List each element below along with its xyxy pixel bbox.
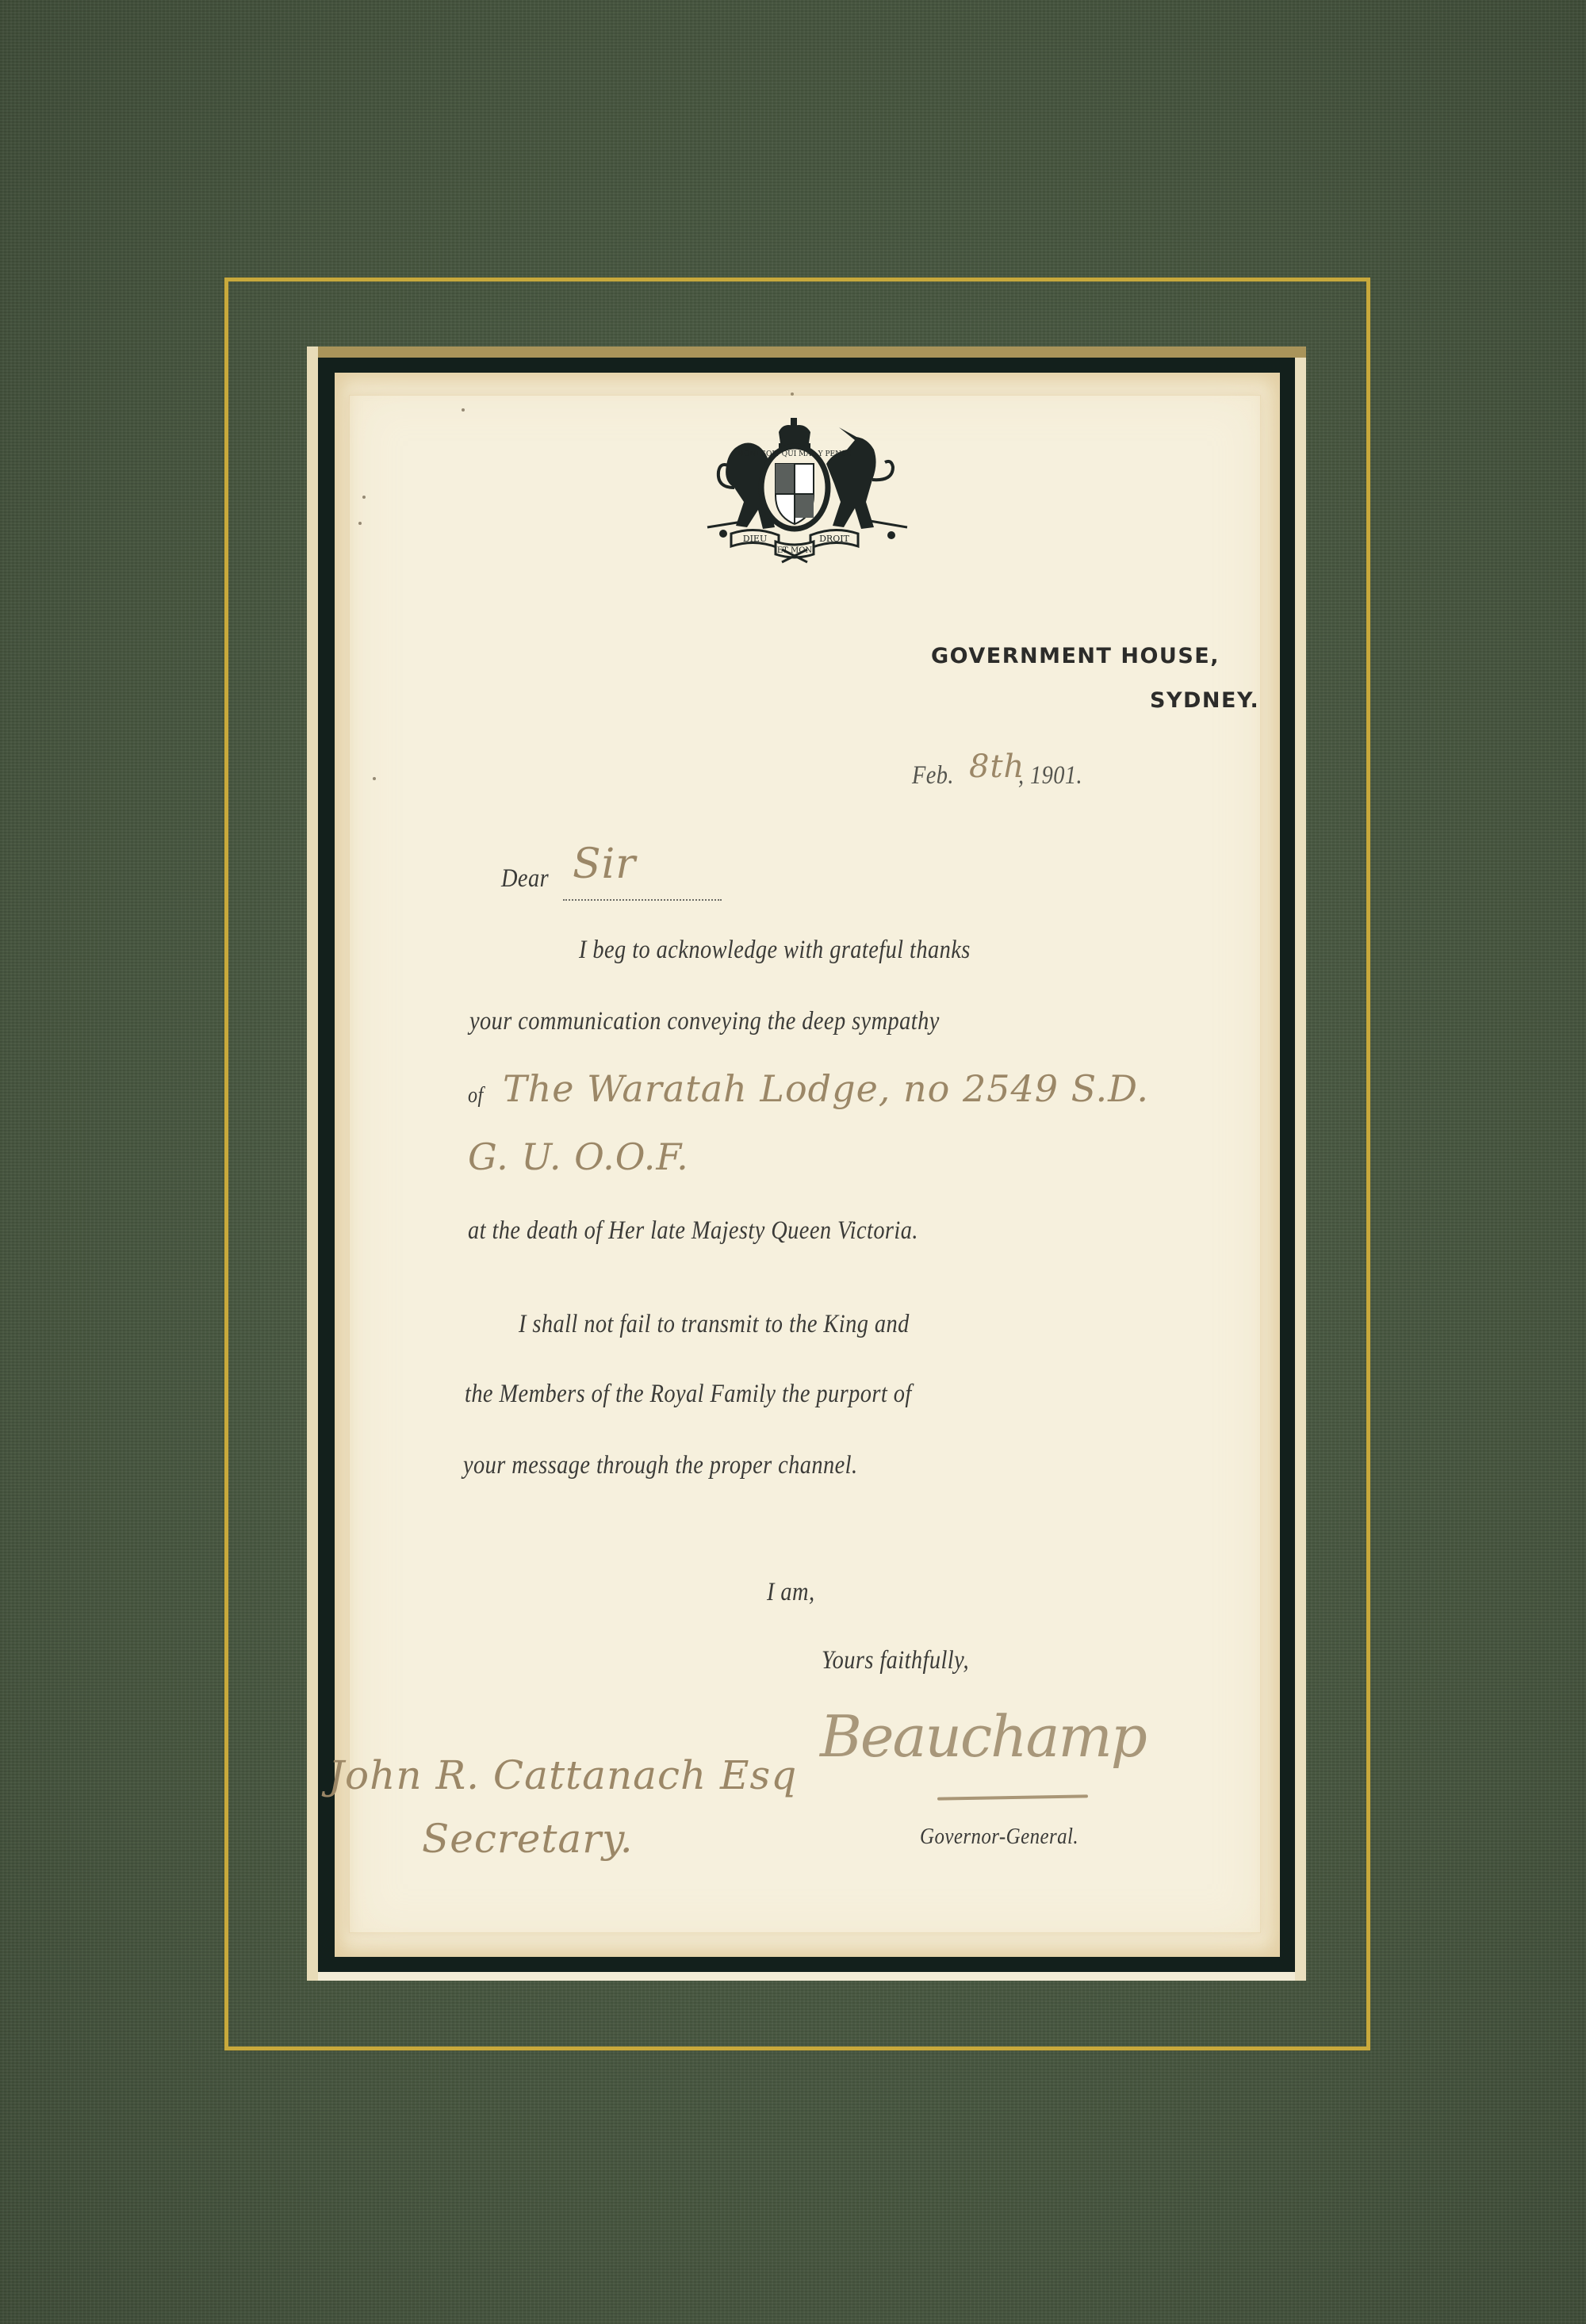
salutation-handwritten: Sir (573, 840, 636, 888)
date-year: , 1901. (1018, 761, 1082, 791)
addressee-role-handwritten: Secretary. (422, 1816, 634, 1862)
svg-text:ET MON: ET MON (777, 546, 813, 555)
body-line-1: I beg to acknowledge with grateful thank… (579, 936, 971, 965)
body-para2-line-1: I shall not fail to transmit to the King… (519, 1310, 910, 1339)
paper-speck (791, 392, 794, 396)
signature-underline (937, 1794, 1088, 1800)
royal-coat-of-arms-icon: HONI SOIT QUI MAL Y PENSE DIEU ET MON DR… (699, 408, 914, 575)
salutation-dear: Dear (501, 864, 549, 894)
svg-text:DIEU: DIEU (743, 534, 767, 544)
salutation-dotted-line (563, 899, 722, 901)
body-line-3-printed: of (468, 1083, 484, 1108)
address-line-government-house: GOVERNMENT HOUSE, (931, 644, 1220, 668)
body-para2-line-2: the Members of the Royal Family the purp… (465, 1380, 912, 1409)
date-day-handwritten: 8th (969, 749, 1025, 785)
address-line-sydney: SYDNEY. (1150, 688, 1259, 713)
paper-speck (462, 408, 465, 412)
letter-paper: HONI SOIT QUI MAL Y PENSE DIEU ET MON DR… (335, 373, 1280, 1957)
closing-i-am: I am, (767, 1578, 814, 1607)
date-month: Feb. (912, 761, 954, 791)
paper-speck (358, 522, 362, 525)
closing-yours-faithfully: Yours faithfully, (822, 1646, 969, 1675)
paper-speck (373, 777, 376, 780)
paper-speck (362, 496, 366, 499)
body-para2-line-3: your message through the proper channel. (463, 1451, 857, 1480)
addressee-name-handwritten: John R. Cattanach Esq (328, 1752, 797, 1798)
body-line-3-handwritten: The Waratah Lodge, no 2549 S.D. (503, 1067, 1149, 1110)
svg-text:HONI SOIT QUI MAL Y PENSE: HONI SOIT QUI MAL Y PENSE (737, 450, 851, 458)
body-line-5: at the death of Her late Majesty Queen V… (468, 1216, 918, 1246)
body-line-2: your communication conveying the deep sy… (469, 1007, 940, 1036)
closing-governor-general: Governor-General. (920, 1824, 1078, 1850)
governor-signature-handwritten: Beauchamp (820, 1703, 1146, 1770)
svg-text:DROIT: DROIT (819, 534, 849, 544)
body-line-4-handwritten: G. U. O.O.F. (468, 1135, 689, 1178)
